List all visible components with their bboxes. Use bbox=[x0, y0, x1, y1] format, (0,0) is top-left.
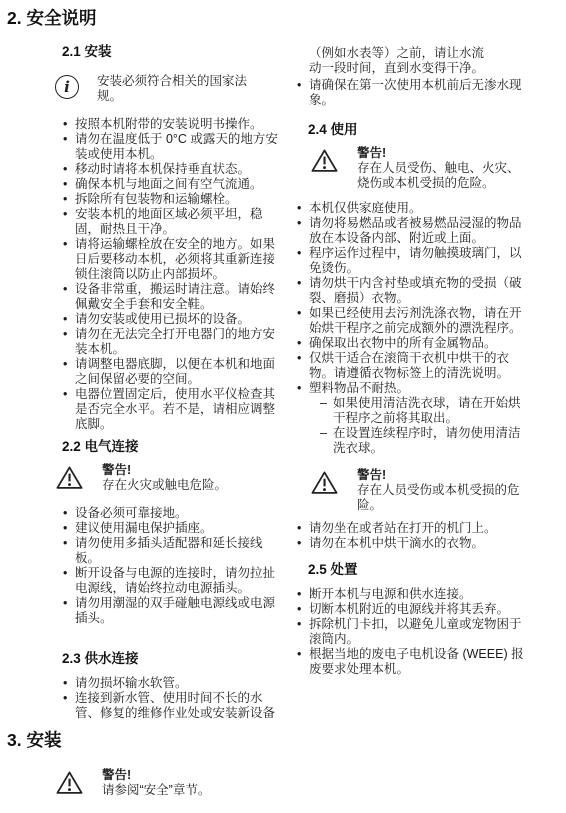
list-item: 按照本机附带的安装说明书操作。 bbox=[62, 117, 282, 132]
warning-title: 警告! bbox=[357, 468, 525, 483]
list-item: 确保本机与地面之间有空气流通。 bbox=[62, 177, 282, 192]
water-bullet-list: 请勿损坏输水软管。 连接到新水管、使用时间不长的水管、修复的维修作业处或安装新设… bbox=[62, 676, 286, 721]
warning-icon bbox=[55, 769, 84, 796]
list-item: 连接到新水管、使用时间不长的水管、修复的维修作业处或安装新设备 bbox=[62, 691, 286, 721]
list-item-text: 塑料物品不耐热。 bbox=[309, 381, 409, 395]
install-bullet-list: 按照本机附带的安装说明书操作。 请勿在温度低于 0°C 或露天的地方安装或使用本… bbox=[62, 117, 282, 432]
list-item: 电器位置固定后，使用水平仪检查其是否完全水平。若不是，请相应调整底脚。 bbox=[62, 387, 282, 432]
list-item: 设备非常重，搬运时请注意。请始终佩戴安全手套和安全鞋。 bbox=[62, 282, 282, 312]
list-item: 拆除所有包装物和运输螺栓。 bbox=[62, 192, 282, 207]
list-item: 请勿使用多插头适配器和延长接线板。 bbox=[62, 536, 282, 566]
list-item: 如果已经使用去污剂洗涤衣物，请在开始烘干程序之前完成额外的漂洗程序。 bbox=[296, 306, 524, 336]
section-2-4-heading: 2.4 使用 bbox=[308, 121, 558, 139]
warning-text: 存在火灾或触电危险。 bbox=[102, 478, 270, 493]
list-item: 确保取出衣物中的所有金属物品。 bbox=[296, 336, 524, 351]
info-note-text: 安装必须符合相关的国家法规。 bbox=[97, 74, 265, 104]
right-column: （例如水表等）之前，请让水流动一段时间，直到水变得干净。 请确保在第一次使用本机… bbox=[296, 46, 558, 677]
list-item: 请勿在温度低于 0°C 或露天的地方安装或使用本机。 bbox=[62, 132, 282, 162]
list-item: 仅烘干适合在滚筒干衣机中烘干的衣物。请遵循衣物标签上的清洗说明。 bbox=[296, 351, 524, 381]
chapter-3-warning-note: 警告! 请参阅“安全”章节。 bbox=[55, 768, 297, 798]
list-item: 拆除机门卡扣，以避免儿童或宠物困于滚筒内。 bbox=[296, 617, 524, 647]
warning-note: 警告! 存在人员受伤或本机受损的危险。 bbox=[310, 468, 558, 513]
warning-icon bbox=[310, 147, 339, 174]
list-item: 根据当地的废电子电机设备 (WEEE) 报废要求处理本机。 bbox=[296, 647, 524, 677]
warning-title: 警告! bbox=[357, 146, 525, 161]
left-column: 2. 安全说明 2.1 安装 安装必须符合相关的国家法规。 按照本机附带的安装说… bbox=[7, 8, 297, 798]
list-item: 请勿用潮湿的双手碰触电源线或电源插头。 bbox=[62, 596, 282, 626]
plastic-sub-list: 如果使用清洁洗衣球，请在开始烘干程序之前将其取出。 在设置连续程序时，请勿使用清… bbox=[320, 396, 524, 456]
list-item: 本机仅供家庭使用。 bbox=[296, 201, 524, 216]
warning-text: 存在人员受伤、触电、火灾、烧伤或本机受损的危险。 bbox=[357, 161, 525, 191]
list-item: 请勿将易燃品或者被易燃品浸湿的物品放在本设备内部、附近或上面。 bbox=[296, 216, 524, 246]
use-bullet-list: 本机仅供家庭使用。 请勿将易燃品或者被易燃品浸湿的物品放在本设备内部、附近或上面… bbox=[296, 201, 524, 456]
section-2-5-heading: 2.5 处置 bbox=[308, 561, 558, 579]
warning-text: 存在人员受伤或本机受损的危险。 bbox=[357, 483, 525, 513]
list-item: 请勿在无法完全打开电器门的地方安装本机。 bbox=[62, 327, 282, 357]
warning-note: 警告! 存在人员受伤、触电、火灾、烧伤或本机受损的危险。 bbox=[310, 146, 558, 191]
list-item: 切断本机附近的电源线并将其丢弃。 bbox=[296, 602, 524, 617]
use-bullet-list-2: 请勿坐在或者站在打开的机门上。 请勿在本机中烘干滴水的衣物。 bbox=[296, 521, 524, 551]
sub-list-item: 如果使用清洁洗衣球，请在开始烘干程序之前将其取出。 bbox=[320, 396, 524, 426]
water-continuation-text: （例如水表等）之前，请让水流动一段时间，直到水变得干净。 bbox=[296, 46, 489, 76]
list-item: 请勿安装或使用已损坏的设备。 bbox=[62, 312, 282, 327]
list-item: 程序运作过程中，请勿触摸玻璃门，以免烫伤。 bbox=[296, 246, 524, 276]
electrical-bullet-list: 设备必须可靠接地。 建议使用漏电保护插座。 请勿使用多插头适配器和延长接线板。 … bbox=[62, 506, 282, 626]
list-item: 请勿在本机中烘干滴水的衣物。 bbox=[296, 536, 524, 551]
list-item: 断开设备与电源的连接时，请勿拉扯电源线，请始终拉动电源插头。 bbox=[62, 566, 282, 596]
list-item: 移动时请将本机保持垂直状态。 bbox=[62, 162, 282, 177]
list-item: 请将运输螺栓放在安全的地方。如果日后要移动本机，必须将其重新连接锁住滚筒以防止内… bbox=[62, 237, 282, 282]
list-item: 请勿烘干内含衬垫或填充物的受损（破裂、磨损）衣物。 bbox=[296, 276, 524, 306]
manual-page: 2. 安全说明 2.1 安装 安装必须符合相关的国家法规。 按照本机附带的安装说… bbox=[0, 0, 566, 813]
warning-icon bbox=[55, 464, 84, 491]
sub-list-item: 在设置连续程序时，请勿使用清洁洗衣球。 bbox=[320, 426, 524, 456]
list-item: 塑料物品不耐热。 如果使用清洁洗衣球，请在开始烘干程序之前将其取出。 在设置连续… bbox=[296, 381, 524, 456]
chapter-2-heading: 2. 安全说明 bbox=[7, 8, 297, 28]
list-item: 设备必须可靠接地。 bbox=[62, 506, 282, 521]
info-note: 安装必须符合相关的国家法规。 bbox=[55, 74, 297, 104]
list-item: 断开本机与电源和供水连接。 bbox=[296, 587, 524, 602]
water-bullet-list-continued: 请确保在第一次使用本机前后无渗水现象。 bbox=[296, 78, 524, 108]
list-item: 建议使用漏电保护插座。 bbox=[62, 521, 282, 536]
chapter-3-heading: 3. 安装 bbox=[7, 730, 297, 750]
list-item: 请勿坐在或者站在打开的机门上。 bbox=[296, 521, 524, 536]
chapter-2-content: 2.1 安装 安装必须符合相关的国家法规。 按照本机附带的安装说明书操作。 请勿… bbox=[62, 43, 297, 721]
warning-title: 警告! bbox=[102, 463, 270, 478]
warning-title: 警告! bbox=[102, 768, 270, 783]
list-item: 请调整电器底脚，以便在本机和地面之间保留必要的空间。 bbox=[62, 357, 282, 387]
list-item: 请确保在第一次使用本机前后无渗水现象。 bbox=[296, 78, 524, 108]
list-item: 安装本机的地面区域必须平坦，稳固，耐热且干净。 bbox=[62, 207, 282, 237]
section-2-2-heading: 2.2 电气连接 bbox=[62, 438, 297, 456]
warning-text: 请参阅“安全”章节。 bbox=[102, 783, 270, 798]
warning-note: 警告! 存在火灾或触电危险。 bbox=[55, 463, 297, 493]
info-icon bbox=[55, 75, 79, 99]
section-2-3-heading: 2.3 供水连接 bbox=[62, 650, 297, 668]
disposal-bullet-list: 断开本机与电源和供水连接。 切断本机附近的电源线并将其丢弃。 拆除机门卡扣，以避… bbox=[296, 587, 524, 677]
list-item: 请勿损坏输水软管。 bbox=[62, 676, 286, 691]
warning-icon bbox=[310, 469, 339, 496]
section-2-1-heading: 2.1 安装 bbox=[62, 43, 297, 61]
